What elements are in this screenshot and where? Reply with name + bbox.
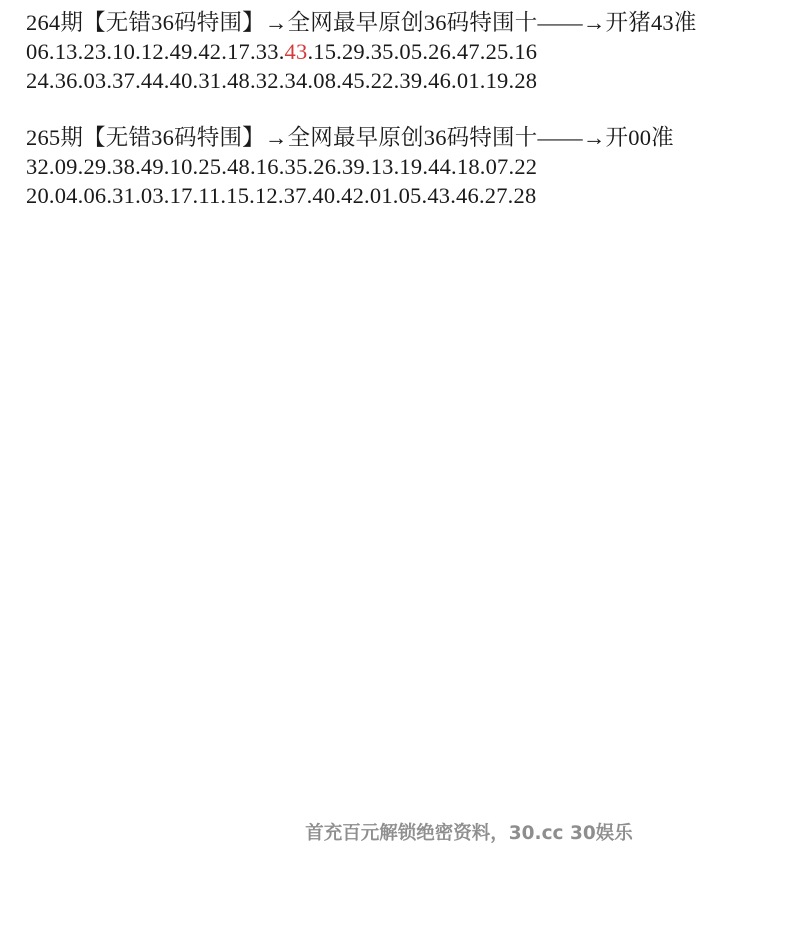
number-row: 06.13.23.10.12.49.42.17.33.43.15.29.35.0…: [26, 37, 697, 66]
entry-title: 265期【无错36码特围】→全网最早原创36码特围十——→开00准: [26, 123, 674, 152]
entry-title: 264期【无错36码特围】→全网最早原创36码特围十——→开猪43准: [26, 8, 697, 37]
entry-264: 264期【无错36码特围】→全网最早原创36码特围十——→开猪43准 06.13…: [26, 8, 697, 95]
number-row: 20.04.06.31.03.17.11.15.12.37.40.42.01.0…: [26, 181, 674, 210]
entry-265: 265期【无错36码特围】→全网最早原创36码特围十——→开00准 32.09.…: [26, 123, 674, 210]
promo-footer: 首充百元解锁绝密资料，30.cc 30娱乐: [0, 819, 800, 845]
numbers-after: .15.29.35.05.26.47.25.16: [307, 39, 537, 64]
highlighted-number: 43: [285, 39, 308, 64]
number-row: 24.36.03.37.44.40.31.48.32.34.08.45.22.3…: [26, 66, 697, 95]
number-row: 32.09.29.38.49.10.25.48.16.35.26.39.13.1…: [26, 152, 674, 181]
numbers-before: 06.13.23.10.12.49.42.17.33.: [26, 39, 285, 64]
